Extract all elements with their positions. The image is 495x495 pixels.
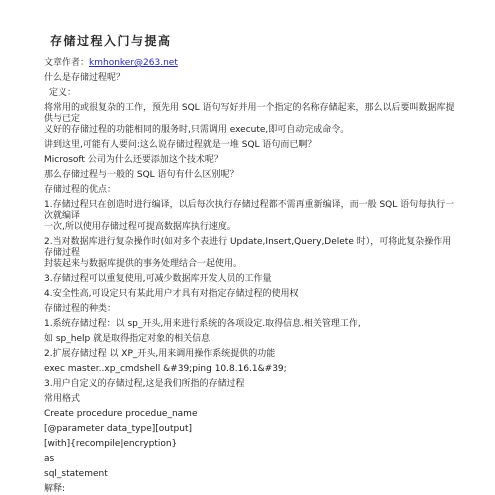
paragraph: 2.扩展存储过程 以 XP_开头,用来调用操作系统提供的功能	[44, 349, 457, 360]
paragraph: 1.系统存储过程：以 sp_开头,用来进行系统的各项设定.取得信息.相关管理工作…	[44, 319, 457, 330]
paragraph: 常用格式	[44, 394, 457, 405]
paragraph: 定义：	[44, 88, 457, 99]
paragraph: 将常用的或很复杂的工作，预先用 SQL 语句写好并用一个指定的名称存储起来，那么…	[44, 103, 457, 136]
paragraph: 那么存储过程与一般的 SQL 语句有什么区别呢？	[44, 170, 457, 181]
paragraph: exec master..xp_cmdshell &#39;ping 10.8.…	[44, 364, 457, 375]
paragraph: 1.存储过程只在创造时进行编译，以后每次执行存储过程都不需再重新编译，而一般 S…	[44, 200, 457, 233]
author-line: 文章作者：kmhonker@263.net	[44, 58, 457, 69]
paragraph: 3.用户自定义的存储过程,这是我们所指的存储过程	[44, 379, 457, 390]
paragraph: 存储过程的种类：	[44, 304, 457, 315]
paragraph: [@parameter data_type][output]	[44, 424, 457, 435]
paragraph: 4.安全性高,可设定只有某此用户才具有对指定存储过程的使用权	[44, 289, 457, 300]
paragraph: [with]{recompile|encryption}	[44, 439, 457, 450]
paragraph: 讲到这里,可能有人要问:这么说存储过程就是一堆 SQL 语句而已啊？	[44, 140, 457, 151]
paragraph: 存储过程的优点：	[44, 185, 457, 196]
article-body: 什么是存储过程呢？定义：将常用的或很复杂的工作，预先用 SQL 语句写好并用一个…	[44, 73, 457, 495]
document-page: 存储过程入门与提高 文章作者：kmhonker@263.net 什么是存储过程呢…	[0, 0, 495, 495]
paragraph: as	[44, 454, 457, 465]
paragraph: Microsoft 公司为什么还要添加这个技术呢？	[44, 155, 457, 166]
paragraph: Create procedure procedue_name	[44, 409, 457, 420]
author-email-link[interactable]: kmhonker@263.net	[89, 58, 178, 68]
paragraph: sql_statement	[44, 469, 457, 480]
paragraph: 3.存储过程可以重复使用,可减少数据库开发人员的工作量	[44, 274, 457, 285]
paragraph: 什么是存储过程呢？	[44, 73, 457, 84]
paragraph: 2.当对数据库进行复杂操作时(如对多个表进行 Update,Insert,Que…	[44, 237, 457, 270]
paragraph: 解释:	[44, 484, 457, 495]
paragraph: 如 sp_help 就是取得指定对象的相关信息	[44, 334, 457, 345]
page-title: 存储过程入门与提高	[44, 35, 457, 48]
author-label: 文章作者：	[44, 58, 89, 68]
